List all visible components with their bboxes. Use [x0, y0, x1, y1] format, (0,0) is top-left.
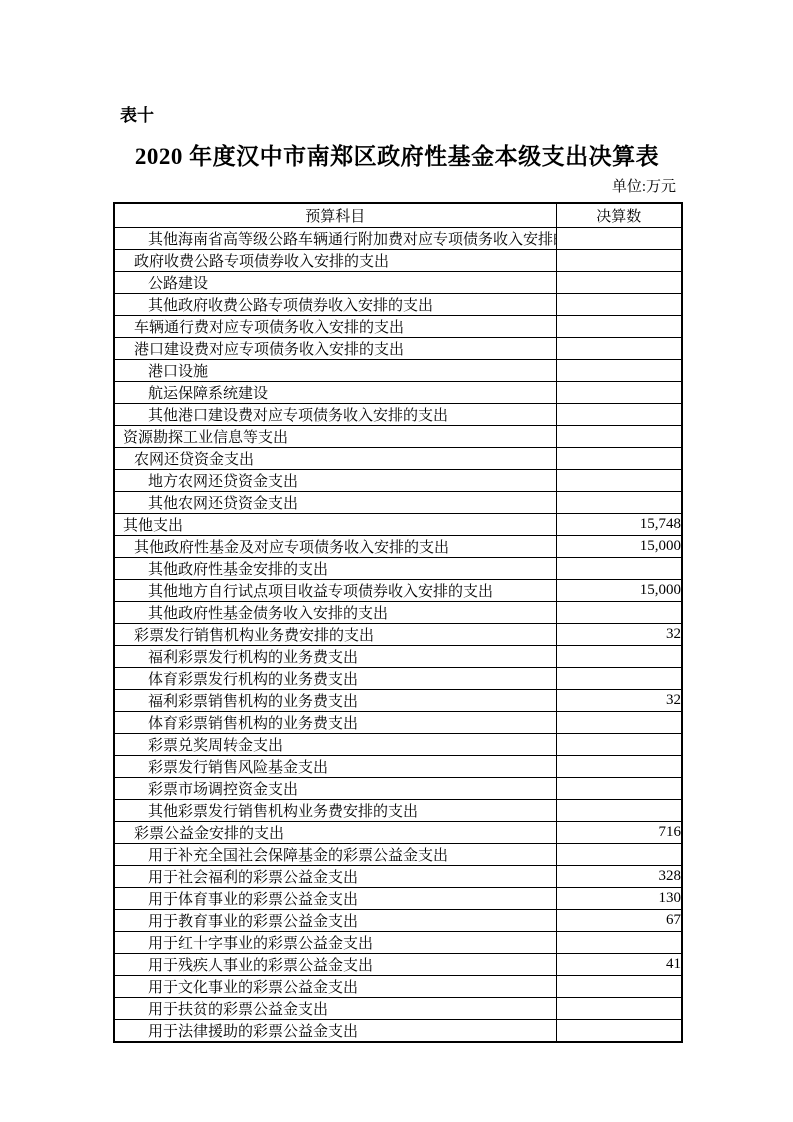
subject-cell: 体育彩票发行机构的业务费支出 — [114, 668, 556, 690]
value-cell: 67 — [556, 910, 682, 932]
subject-cell: 用于教育事业的彩票公益金支出 — [114, 910, 556, 932]
table-row: 彩票发行销售机构业务费安排的支出 32 — [114, 624, 682, 646]
subject-cell: 彩票市场调控资金支出 — [114, 778, 556, 800]
table-number-label: 表十 — [120, 106, 154, 126]
value-cell — [556, 712, 682, 734]
table-row: 彩票兑奖周转金支出 — [114, 734, 682, 756]
subject-cell: 资源勘探工业信息等支出 — [114, 426, 556, 448]
table-row: 用于教育事业的彩票公益金支出 67 — [114, 910, 682, 932]
subject-cell: 其他政府收费公路专项债券收入安排的支出 — [114, 294, 556, 316]
unit-note: 单位:万元 — [113, 178, 676, 197]
value-cell: 130 — [556, 888, 682, 910]
table-row: 彩票公益金安排的支出 716 — [114, 822, 682, 844]
value-cell — [556, 932, 682, 954]
table-row: 其他政府性基金及对应专项债务收入安排的支出 15,000 — [114, 536, 682, 558]
value-cell — [556, 998, 682, 1020]
table-row: 其他政府收费公路专项债券收入安排的支出 — [114, 294, 682, 316]
value-cell — [556, 272, 682, 294]
subject-cell: 港口建设费对应专项债务收入安排的支出 — [114, 338, 556, 360]
subject-cell: 彩票发行销售机构业务费安排的支出 — [114, 624, 556, 646]
value-cell: 15,000 — [556, 580, 682, 602]
table-row: 航运保障系统建设 — [114, 382, 682, 404]
value-cell — [556, 492, 682, 514]
value-cell — [556, 976, 682, 998]
page-title: 2020 年度汉中市南郑区政府性基金本级支出决算表 — [113, 143, 681, 170]
value-cell — [556, 800, 682, 822]
table-row: 体育彩票销售机构的业务费支出 — [114, 712, 682, 734]
subject-cell: 公路建设 — [114, 272, 556, 294]
subject-cell: 地方农网还贷资金支出 — [114, 470, 556, 492]
value-cell — [556, 470, 682, 492]
value-cell — [556, 316, 682, 338]
table-row: 其他农网还贷资金支出 — [114, 492, 682, 514]
table-row: 用于社会福利的彩票公益金支出 328 — [114, 866, 682, 888]
table-row: 用于体育事业的彩票公益金支出 130 — [114, 888, 682, 910]
table-row: 资源勘探工业信息等支出 — [114, 426, 682, 448]
subject-cell: 福利彩票销售机构的业务费支出 — [114, 690, 556, 712]
subject-cell: 其他彩票发行销售机构业务费安排的支出 — [114, 800, 556, 822]
value-cell — [556, 558, 682, 580]
table-row: 其他政府性基金安排的支出 — [114, 558, 682, 580]
value-cell: 328 — [556, 866, 682, 888]
subject-cell: 其他海南省高等级公路车辆通行附加费对应专项债务收入安排的支出 — [114, 228, 556, 250]
subject-cell: 福利彩票发行机构的业务费支出 — [114, 646, 556, 668]
document-page: { "page": { "table_label": "表十", "title"… — [0, 0, 793, 1122]
subject-cell: 用于红十字事业的彩票公益金支出 — [114, 932, 556, 954]
budget-table: 预算科目 决算数 其他海南省高等级公路车辆通行附加费对应专项债务收入安排的支出 … — [113, 202, 683, 1043]
subject-cell: 其他地方自行试点项目收益专项债券收入安排的支出 — [114, 580, 556, 602]
table-row: 其他海南省高等级公路车辆通行附加费对应专项债务收入安排的支出 — [114, 228, 682, 250]
table-row: 政府收费公路专项债券收入安排的支出 — [114, 250, 682, 272]
subject-cell: 其他港口建设费对应专项债务收入安排的支出 — [114, 404, 556, 426]
table-row: 公路建设 — [114, 272, 682, 294]
subject-cell: 用于补充全国社会保障基金的彩票公益金支出 — [114, 844, 556, 866]
subject-cell: 农网还贷资金支出 — [114, 448, 556, 470]
table-row: 其他彩票发行销售机构业务费安排的支出 — [114, 800, 682, 822]
table-row: 用于红十字事业的彩票公益金支出 — [114, 932, 682, 954]
table-row: 用于扶贫的彩票公益金支出 — [114, 998, 682, 1020]
subject-cell: 车辆通行费对应专项债务收入安排的支出 — [114, 316, 556, 338]
value-cell — [556, 382, 682, 404]
subject-cell: 其他支出 — [114, 514, 556, 536]
table-row: 港口设施 — [114, 360, 682, 382]
value-cell: 32 — [556, 690, 682, 712]
value-cell — [556, 778, 682, 800]
value-cell — [556, 338, 682, 360]
table-row: 地方农网还贷资金支出 — [114, 470, 682, 492]
table-row: 农网还贷资金支出 — [114, 448, 682, 470]
subject-cell: 用于法律援助的彩票公益金支出 — [114, 1020, 556, 1043]
subject-cell: 体育彩票销售机构的业务费支出 — [114, 712, 556, 734]
table-row: 用于文化事业的彩票公益金支出 — [114, 976, 682, 998]
table-row: 其他支出 15,748 — [114, 514, 682, 536]
value-cell — [556, 294, 682, 316]
column-header-value: 决算数 — [556, 203, 682, 228]
value-cell — [556, 404, 682, 426]
table-row: 用于补充全国社会保障基金的彩票公益金支出 — [114, 844, 682, 866]
value-cell: 15,748 — [556, 514, 682, 536]
table-row: 体育彩票发行机构的业务费支出 — [114, 668, 682, 690]
table-row: 其他地方自行试点项目收益专项债券收入安排的支出 15,000 — [114, 580, 682, 602]
value-cell — [556, 646, 682, 668]
subject-cell: 政府收费公路专项债券收入安排的支出 — [114, 250, 556, 272]
subject-cell: 用于体育事业的彩票公益金支出 — [114, 888, 556, 910]
value-cell — [556, 602, 682, 624]
value-cell — [556, 426, 682, 448]
table-row: 福利彩票发行机构的业务费支出 — [114, 646, 682, 668]
value-cell — [556, 668, 682, 690]
table-row: 港口建设费对应专项债务收入安排的支出 — [114, 338, 682, 360]
value-cell — [556, 448, 682, 470]
subject-cell: 彩票公益金安排的支出 — [114, 822, 556, 844]
table-header: 预算科目 决算数 — [114, 203, 682, 228]
value-cell — [556, 756, 682, 778]
subject-cell: 港口设施 — [114, 360, 556, 382]
subject-cell: 其他政府性基金债务收入安排的支出 — [114, 602, 556, 624]
value-cell — [556, 844, 682, 866]
header-row: 预算科目 决算数 — [114, 203, 682, 228]
subject-cell: 其他农网还贷资金支出 — [114, 492, 556, 514]
subject-cell: 用于扶贫的彩票公益金支出 — [114, 998, 556, 1020]
subject-cell: 彩票兑奖周转金支出 — [114, 734, 556, 756]
subject-cell: 航运保障系统建设 — [114, 382, 556, 404]
subject-cell: 用于文化事业的彩票公益金支出 — [114, 976, 556, 998]
value-cell — [556, 228, 682, 250]
subject-cell: 其他政府性基金及对应专项债务收入安排的支出 — [114, 536, 556, 558]
table-row: 车辆通行费对应专项债务收入安排的支出 — [114, 316, 682, 338]
table-body: 其他海南省高等级公路车辆通行附加费对应专项债务收入安排的支出 政府收费公路专项债… — [114, 228, 682, 1043]
value-cell — [556, 250, 682, 272]
value-cell — [556, 734, 682, 756]
value-cell — [556, 360, 682, 382]
subject-cell: 用于社会福利的彩票公益金支出 — [114, 866, 556, 888]
value-cell — [556, 1020, 682, 1043]
value-cell: 32 — [556, 624, 682, 646]
table-row: 其他港口建设费对应专项债务收入安排的支出 — [114, 404, 682, 426]
subject-cell: 用于残疾人事业的彩票公益金支出 — [114, 954, 556, 976]
subject-cell: 彩票发行销售风险基金支出 — [114, 756, 556, 778]
table-row: 彩票市场调控资金支出 — [114, 778, 682, 800]
value-cell: 15,000 — [556, 536, 682, 558]
table-row: 用于残疾人事业的彩票公益金支出 41 — [114, 954, 682, 976]
value-cell: 716 — [556, 822, 682, 844]
value-cell: 41 — [556, 954, 682, 976]
table-row: 其他政府性基金债务收入安排的支出 — [114, 602, 682, 624]
table-row: 用于法律援助的彩票公益金支出 — [114, 1020, 682, 1043]
subject-cell: 其他政府性基金安排的支出 — [114, 558, 556, 580]
table-row: 彩票发行销售风险基金支出 — [114, 756, 682, 778]
table-row: 福利彩票销售机构的业务费支出 32 — [114, 690, 682, 712]
column-header-subject: 预算科目 — [114, 203, 556, 228]
